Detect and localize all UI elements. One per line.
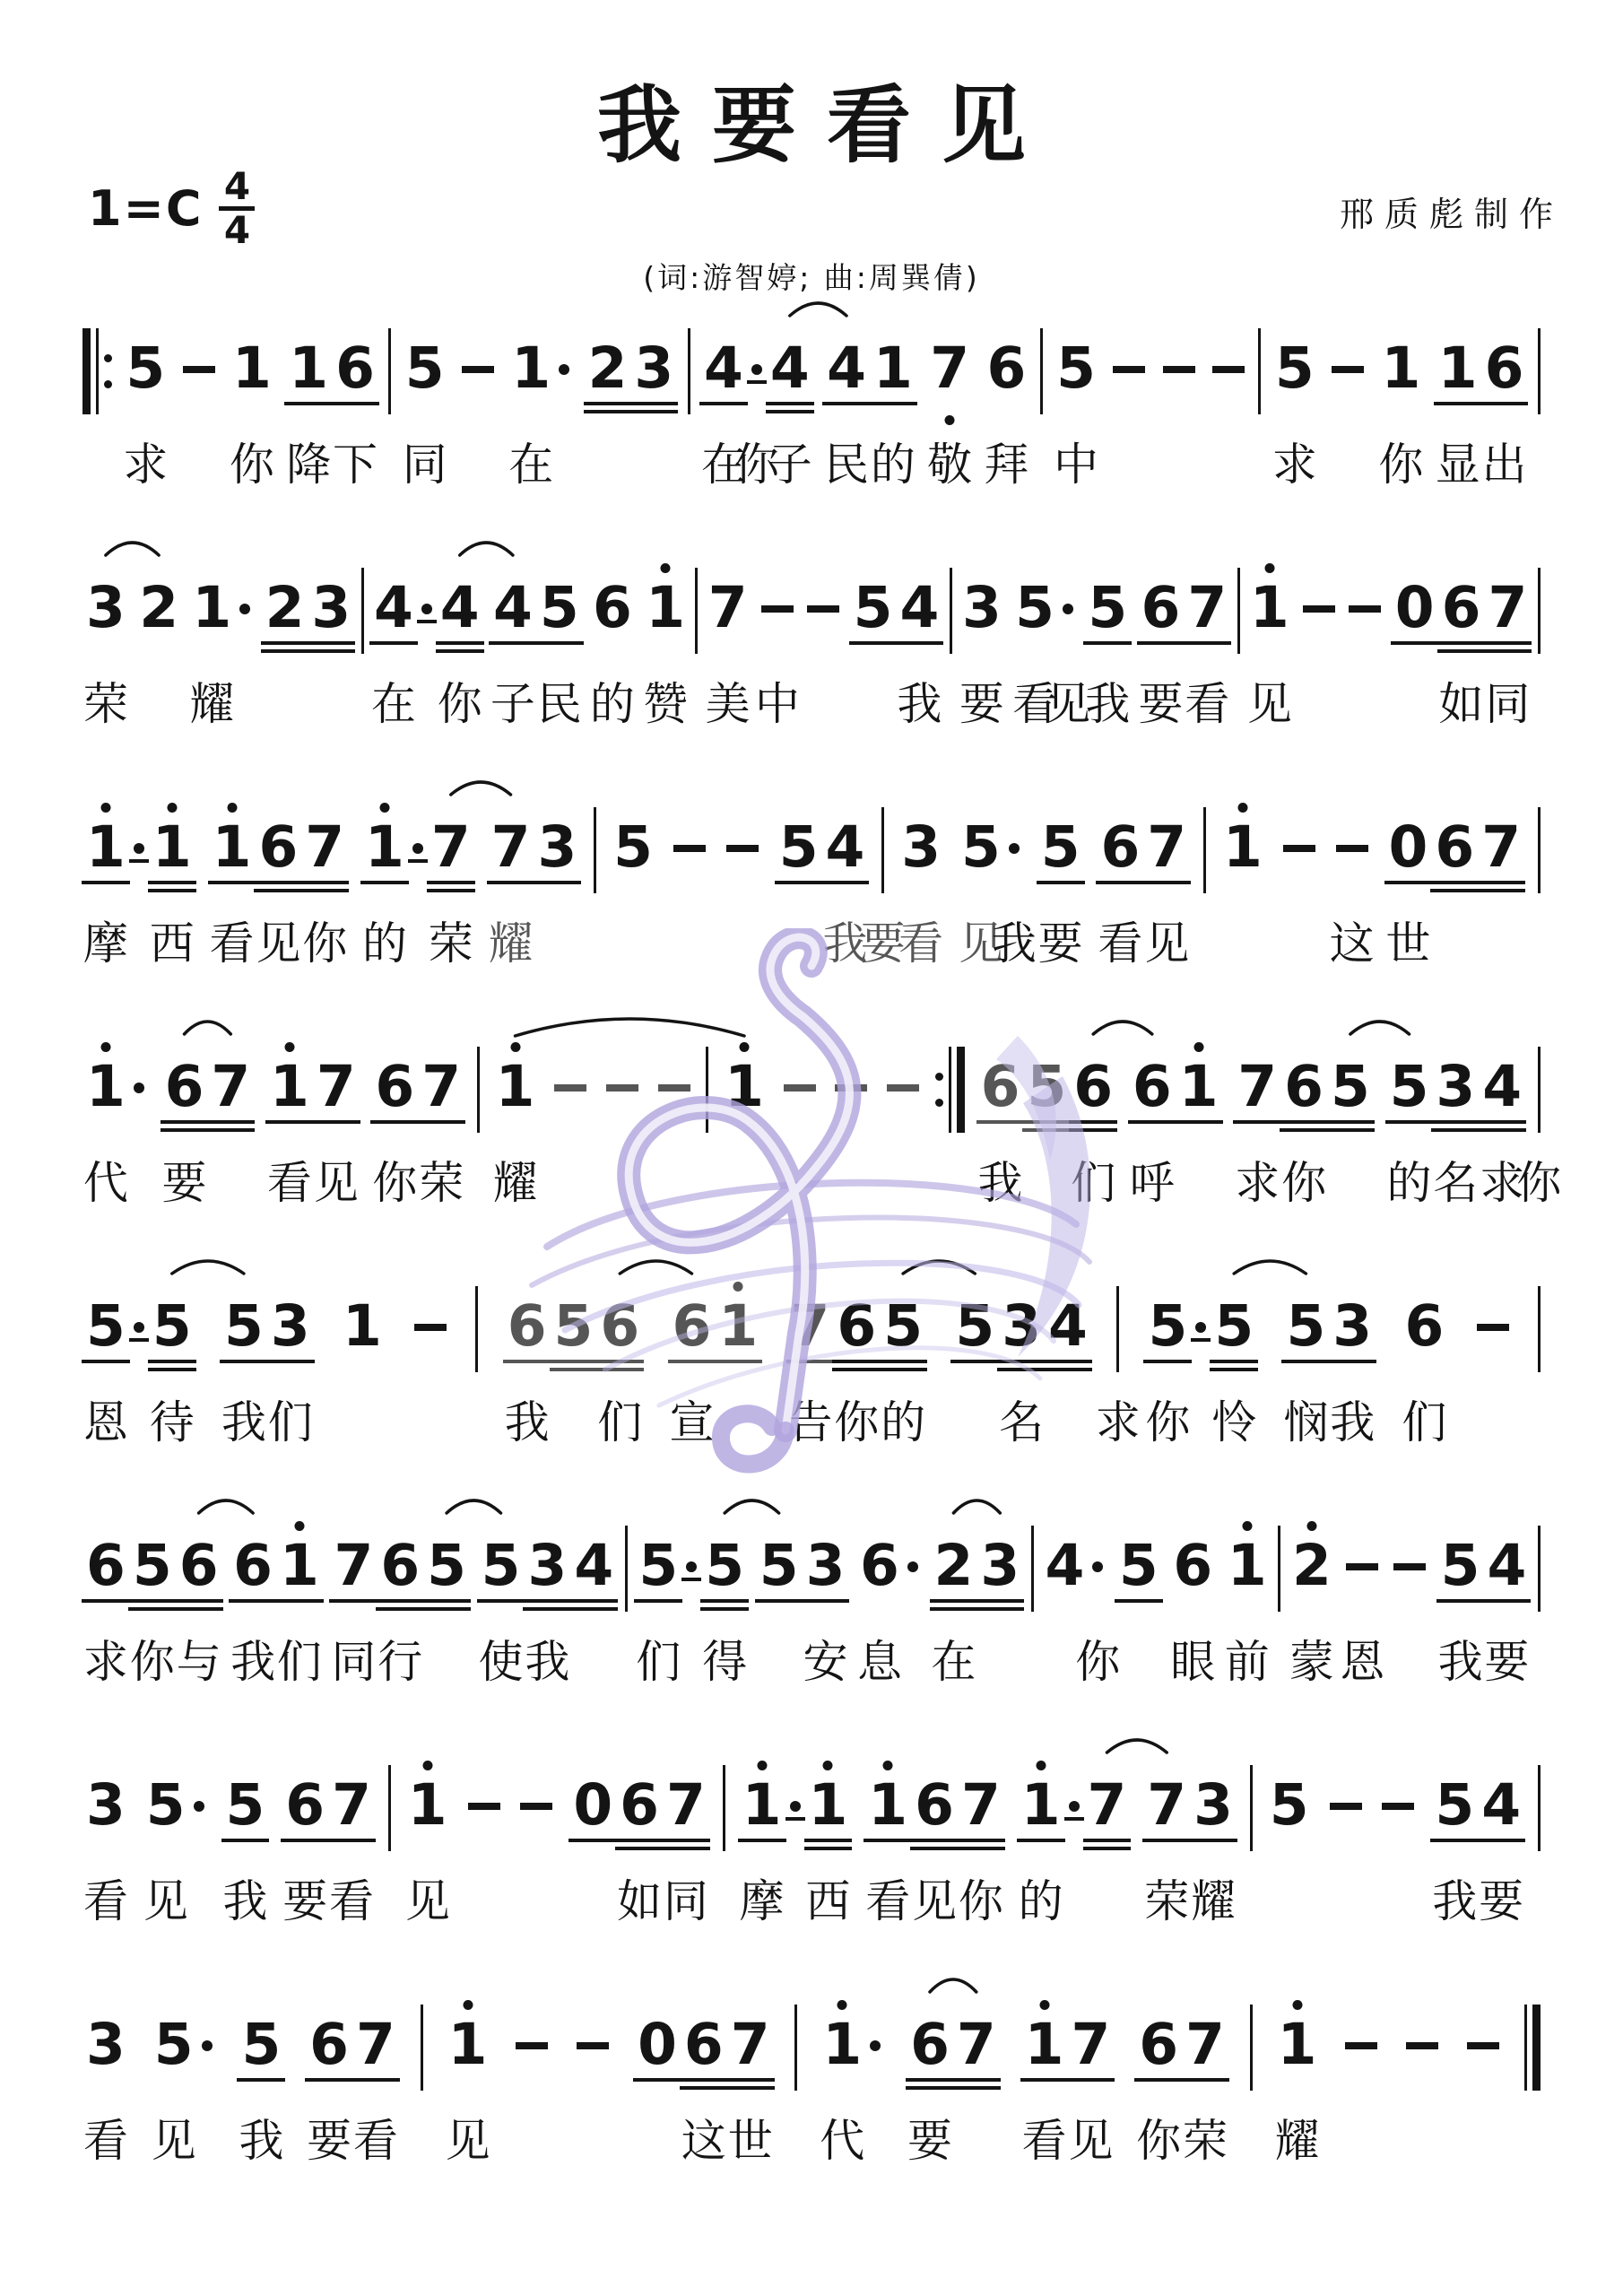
beat-group: 44 <box>370 579 483 636</box>
lyric-syllable: 见 <box>912 1865 957 1930</box>
barline <box>1116 1286 1119 1354</box>
lyric-syllable: 宣 <box>670 1387 715 1451</box>
beat-group <box>464 1803 504 1833</box>
beat-group <box>780 1084 820 1115</box>
lyric-syllable: 们 <box>1402 1387 1446 1451</box>
note-number: 3 <box>634 340 673 396</box>
beat-group: 5 <box>122 340 169 396</box>
note-number: 6 <box>380 1537 420 1594</box>
lyric-syllable: 看 <box>1185 668 1229 733</box>
note-number: 5 <box>224 1298 264 1354</box>
note-number: 7 <box>421 1058 461 1115</box>
eighth-underline <box>662 1839 710 1842</box>
beat-group <box>1463 2042 1503 2073</box>
lyric-syllable: 这 <box>1330 908 1375 972</box>
beat-group: 067 <box>1392 579 1532 636</box>
eighth-underline <box>221 1839 270 1842</box>
sixteenth-underline <box>804 1847 853 1850</box>
note-number: 1 <box>289 340 328 396</box>
beat-group: 1 <box>445 2016 491 2073</box>
eighth-underline <box>1020 2078 1069 2082</box>
note-number: 5 <box>854 579 893 636</box>
eighth-underline <box>615 1839 664 1842</box>
lyric-syllable: 你 <box>372 1147 417 1212</box>
eighth-underline <box>1183 641 1231 645</box>
eighth-underline <box>360 881 409 884</box>
tie-arc <box>451 782 511 795</box>
score-line: 355671067111671773554看见我要看见如同摩西看见你的荣耀我要 <box>82 1770 1541 1963</box>
eighth-underline <box>284 402 333 405</box>
tie-arc <box>106 543 159 555</box>
lyric-syllable: 看 <box>210 908 255 972</box>
note-number: 6 <box>1173 1537 1212 1594</box>
note-number: 7 <box>491 819 531 875</box>
eighth-underline <box>1142 881 1191 884</box>
beat-group: 067 <box>634 2016 774 2073</box>
sixteenth-underline <box>662 1847 710 1850</box>
note-number: 2 <box>139 579 178 636</box>
note-number: 1 <box>1228 1537 1267 1594</box>
note-number: 4 <box>440 579 480 636</box>
beat-group: 1 <box>1219 819 1266 875</box>
beat-group <box>723 845 762 875</box>
dash-extension <box>1345 2042 1377 2049</box>
lyric-syllable: 你 <box>959 1865 1003 1930</box>
note-number: 5 <box>1435 1777 1474 1833</box>
note-number: 5 <box>705 1537 744 1594</box>
lyric-syllable: 见 <box>1046 668 1090 733</box>
eighth-underline <box>1066 2078 1115 2082</box>
tie-arc <box>903 1261 975 1274</box>
note-number: 3 <box>962 579 1002 636</box>
lyric-syllable: 你 <box>1516 1147 1561 1212</box>
barline <box>594 807 596 875</box>
note-number: 6 <box>86 1537 126 1594</box>
eighth-underline <box>307 641 355 645</box>
barline <box>1040 328 1043 396</box>
augmentation-dot <box>134 1322 144 1333</box>
note-number: 6 <box>508 1298 547 1354</box>
eighth-underline <box>370 1120 419 1124</box>
lyric-syllable: 你 <box>302 908 347 972</box>
lyric-syllable: 见 <box>1068 2105 1113 2170</box>
lyric-syllable: 见 <box>256 908 300 972</box>
beat-group: 23 <box>585 340 678 396</box>
note-number: 5 <box>427 1537 466 1594</box>
eighth-underline <box>1434 402 1482 405</box>
notes-row: 6566176553455536234561254 <box>82 1531 1541 1594</box>
barline <box>625 1526 628 1594</box>
lyric-syllable: 见 <box>143 1865 188 1930</box>
dash-extension <box>554 1084 586 1091</box>
lyric-syllable: 告 <box>787 1387 832 1451</box>
eighth-underline <box>755 1599 803 1603</box>
note-number: 6 <box>165 1058 204 1115</box>
eighth-underline <box>1044 1360 1092 1363</box>
note-number: 5 <box>482 1537 521 1594</box>
sixteenth-underline <box>584 410 632 413</box>
note-number: 4 <box>1488 1537 1527 1594</box>
lyric-syllable: 行 <box>378 1626 422 1691</box>
dash-extension <box>1477 1324 1509 1331</box>
eighth-underline <box>584 402 632 405</box>
beat-group: 53 <box>221 1298 314 1354</box>
lyric-syllable: 你 <box>130 1626 175 1691</box>
beat-group: 54 <box>850 579 943 636</box>
note-number: 5 <box>1275 340 1315 396</box>
beat-group: 1 <box>1246 579 1293 636</box>
lyric-syllable: 荣 <box>429 908 473 972</box>
lyric-syllable: 蒙 <box>1289 1626 1334 1691</box>
eighth-underline <box>261 641 309 645</box>
slur-tie-arcs <box>82 1239 1541 1291</box>
beat-group: 7 <box>926 340 973 396</box>
note-number: 7 <box>1147 1777 1186 1833</box>
eighth-underline <box>699 402 748 405</box>
eighth-underline <box>832 1360 881 1363</box>
lyric-syllable: 眼 <box>1170 1626 1215 1691</box>
lyric-syllable: 中 <box>1054 429 1098 493</box>
eighth-underline <box>550 1360 598 1363</box>
beat-group <box>1345 605 1384 636</box>
eighth-underline <box>1064 1817 1084 1821</box>
lyric-syllable: 要 <box>907 2105 952 2170</box>
beat-group: 534 <box>478 1537 618 1594</box>
augmentation-dot <box>202 2040 213 2051</box>
lyric-syllable: 世 <box>1385 908 1430 972</box>
beat-group <box>883 1084 923 1115</box>
lyric-syllable: 耀 <box>189 668 234 733</box>
note-number: 7 <box>957 2016 996 2073</box>
lyric-syllable: 要 <box>959 668 1004 733</box>
note-number: 6 <box>1435 819 1474 875</box>
eighth-underline <box>879 1360 927 1363</box>
note-number: 4 <box>1045 1537 1084 1594</box>
augmentation-dot <box>412 843 423 854</box>
eighth-underline <box>129 859 149 863</box>
beat-group: 1 <box>819 2016 885 2073</box>
beat-group: 67 <box>161 1058 255 1115</box>
augmentation-dot <box>1069 1801 1080 1812</box>
beat-group: 6 <box>1401 1298 1447 1354</box>
eighth-underline <box>1137 641 1185 645</box>
eighth-underline <box>1191 1338 1211 1342</box>
note-number: 7 <box>1488 579 1527 636</box>
beat-group <box>179 366 219 396</box>
beat-group <box>670 845 709 875</box>
beat-group <box>1299 605 1339 636</box>
note-number: 6 <box>258 819 298 875</box>
note-number: 6 <box>233 1537 273 1594</box>
note-number: 1 <box>718 1298 758 1354</box>
eighth-underline <box>275 1599 324 1603</box>
lyric-syllable: 使 <box>479 1626 524 1691</box>
eighth-underline <box>265 1120 314 1124</box>
beat-group: 67 <box>306 2016 399 2073</box>
repeat-begin-barline <box>82 328 112 396</box>
lyric-syllable: 的 <box>881 1387 925 1451</box>
lyric-syllable: 你 <box>230 429 274 493</box>
lyric-syllable: 中 <box>755 668 800 733</box>
sixteenth-underline <box>1044 1368 1092 1371</box>
eighth-underline <box>633 2078 681 2082</box>
note-number: 5 <box>152 1298 192 1354</box>
notes-row: 5116512344417655116 <box>82 334 1541 396</box>
sixteenth-underline <box>1477 889 1525 892</box>
eighth-underline <box>1083 641 1132 645</box>
beat-group: 6 <box>589 579 636 636</box>
note-number: 3 <box>901 819 941 875</box>
lyric-syllable: 荣 <box>419 1147 464 1212</box>
repeat-end-barline <box>935 1047 965 1115</box>
beat-group: 2 <box>1289 1537 1335 1594</box>
beat-group: 61 <box>1129 1058 1222 1115</box>
beat-group <box>1159 366 1199 396</box>
slur-tie-arcs <box>82 1718 1541 1770</box>
lyric-syllable: 我 <box>230 1626 275 1691</box>
barline <box>950 568 952 636</box>
note-number: 5 <box>1441 1537 1480 1594</box>
dash-extension <box>726 845 759 852</box>
eighth-underline <box>1017 1839 1065 1842</box>
sixteenth-underline <box>422 1607 471 1611</box>
eighth-underline <box>1326 1120 1375 1124</box>
note-number: 1 <box>232 340 272 396</box>
sixteenth-underline <box>1022 1128 1071 1132</box>
note-number: 1 <box>213 819 252 875</box>
dash-extension <box>1212 366 1245 373</box>
lyric-syllable: 子 <box>768 429 812 493</box>
dash-extension <box>807 605 839 613</box>
lyric-syllable: 们 <box>597 1387 642 1451</box>
eighth-underline <box>331 402 379 405</box>
lyric-syllable: 悯 <box>1283 1387 1328 1451</box>
lyric-syllable: 在 <box>931 1626 976 1691</box>
notes-row: 16717671165661765534 <box>82 1052 1541 1115</box>
beat-group: 5 <box>1011 579 1078 636</box>
note-number: 1 <box>1438 340 1478 396</box>
eighth-underline <box>950 1360 999 1363</box>
lyric-syllable: 看 <box>83 1865 128 1930</box>
sixteenth-underline <box>1069 1128 1117 1132</box>
beat-group: 4 <box>1041 1537 1107 1594</box>
lyric-syllable: 名 <box>999 1387 1044 1451</box>
eighth-underline <box>629 402 678 405</box>
lyric-syllable: 怜 <box>1211 1387 1256 1451</box>
dash-extension <box>1346 1563 1378 1570</box>
sixteenth-underline <box>1210 1368 1258 1371</box>
lyric-syllable: 看 <box>1022 2105 1067 2170</box>
eighth-underline <box>976 1599 1024 1603</box>
eighth-underline <box>786 1360 835 1363</box>
beat-group: 44 <box>700 340 813 396</box>
beat-group: 765 <box>330 1537 470 1594</box>
barline <box>1538 328 1541 396</box>
beat-group <box>1332 845 1372 875</box>
note-number: 7 <box>708 579 748 636</box>
eighth-underline <box>489 641 537 645</box>
sixteenth-underline <box>436 649 484 653</box>
note-number: 7 <box>930 340 969 396</box>
note-number: 7 <box>356 2016 395 2073</box>
lyric-syllable: 要 <box>162 1147 207 1212</box>
note-number: 1 <box>496 1058 535 1115</box>
note-number: 7 <box>1147 819 1186 875</box>
beat-group: 3 <box>82 579 129 636</box>
beat-group: 5 <box>402 340 448 396</box>
beat-group: 1 <box>229 340 275 396</box>
dash-extension <box>520 1803 552 1810</box>
lyric-syllable: 我 <box>1085 668 1130 733</box>
lyric-syllable: 看 <box>353 2105 398 2170</box>
note-number: 6 <box>1133 1058 1172 1115</box>
beat-group: 656 <box>977 1058 1117 1115</box>
sixteenth-underline <box>148 889 196 892</box>
eighth-underline <box>747 380 767 384</box>
beat-group: 067 <box>1385 819 1525 875</box>
beat-group: 1 <box>82 1058 149 1115</box>
dash-extension <box>414 1324 447 1331</box>
lyric-syllable: 出 <box>1482 429 1527 493</box>
dash-extension <box>606 1084 638 1091</box>
note-number: 7 <box>211 1058 250 1115</box>
sixteenth-underline <box>976 1607 1024 1611</box>
note-number: 1 <box>343 1298 382 1354</box>
eighth-underline <box>1083 1839 1132 1842</box>
note-number: 5 <box>1088 579 1127 636</box>
eighth-underline <box>1391 641 1439 645</box>
beat-group <box>1326 1803 1366 1833</box>
dash-extension <box>835 1084 867 1091</box>
sixteenth-underline <box>523 1607 571 1611</box>
eighth-underline <box>1483 1599 1532 1603</box>
beat-group <box>603 1084 642 1115</box>
dash-extension <box>183 366 215 373</box>
note-number: 1 <box>86 1058 126 1115</box>
eighth-underline <box>487 881 535 884</box>
note-number: 2 <box>588 340 628 396</box>
dash-extension <box>468 1803 500 1810</box>
beat-group <box>1328 366 1367 396</box>
beat-group: 61 <box>669 1298 762 1354</box>
lyric-syllable: 显 <box>1436 429 1480 493</box>
note-number: 3 <box>1193 1777 1233 1833</box>
beat-group: 16 <box>285 340 378 396</box>
score-line: 5116512344417655116求你降下同在在你子民的敬拜中求你显出 <box>82 334 1541 526</box>
eighth-underline <box>1480 402 1529 405</box>
augmentation-dot <box>1009 843 1020 854</box>
barline <box>723 1765 725 1833</box>
eighth-underline <box>535 641 584 645</box>
score-line: 16717671165661765534代要看见你荣耀我们呼求你的名求你 <box>82 1052 1541 1245</box>
sixteenth-underline <box>957 1847 1005 1850</box>
note-number: 5 <box>126 340 165 396</box>
note-number: 0 <box>573 1777 612 1833</box>
beat-group: 5 <box>151 2016 217 2073</box>
note-number: 5 <box>86 1298 126 1354</box>
lyric-syllable: 我 <box>897 668 942 733</box>
eighth-underline <box>952 2078 1001 2082</box>
lyric-syllable: 西 <box>805 1865 850 1930</box>
note-number: 1 <box>448 2016 488 2073</box>
tie-arc <box>930 1979 976 1992</box>
lyric-syllable: 与 <box>177 1626 221 1691</box>
eighth-underline <box>568 1839 617 1842</box>
lyric-syllable: 安 <box>803 1626 848 1691</box>
lyric-syllable: 的 <box>362 908 407 972</box>
lyric-syllable: 耀 <box>489 908 534 972</box>
eighth-underline <box>206 1120 255 1124</box>
eighth-underline <box>1478 1120 1526 1124</box>
beat-group: 2 <box>135 579 182 636</box>
beat-group: 6 <box>856 1537 923 1594</box>
score-line: 6566176553455536234561254求你与我们同行使我们得安息在你… <box>82 1531 1541 1724</box>
beat-group: 1 <box>404 1777 451 1833</box>
note-number: 5 <box>554 1298 594 1354</box>
barline <box>388 328 391 396</box>
eighth-underline <box>700 1599 749 1603</box>
beat-group <box>516 1803 556 1833</box>
eighth-underline <box>266 1360 315 1363</box>
note-number: 1 <box>192 579 231 636</box>
lyric-syllable: 我 <box>239 2105 283 2170</box>
sixteenth-underline <box>930 1607 978 1611</box>
eighth-underline <box>910 1839 959 1842</box>
beat-group: 73 <box>1143 1777 1237 1833</box>
lyric-syllable: 荣 <box>83 668 128 733</box>
lyric-syllable: 敬 <box>927 429 972 493</box>
dash-extension <box>577 2042 609 2049</box>
lyric-syllable: 我 <box>221 1387 266 1451</box>
beat-group: 656 <box>504 1298 644 1354</box>
lyric-syllable: 见 <box>152 2105 196 2170</box>
barline <box>1538 1765 1541 1833</box>
eighth-underline <box>930 1599 978 1603</box>
note-number: 7 <box>961 1777 1001 1833</box>
note-number: 6 <box>375 1058 414 1115</box>
beat-group: 61 <box>230 1537 323 1594</box>
augmentation-dot <box>870 2040 881 2051</box>
note-number: 1 <box>152 819 192 875</box>
dash-extension <box>658 1084 690 1091</box>
dash-extension <box>516 2042 548 2049</box>
note-number: 6 <box>860 1537 899 1594</box>
eighth-underline <box>726 2078 775 2082</box>
note-number: 7 <box>1185 2016 1225 2073</box>
tie-arc <box>953 1500 1000 1513</box>
lyric-syllable: 子 <box>490 668 535 733</box>
tie-arc <box>790 303 846 316</box>
sixteenth-underline <box>148 1368 196 1371</box>
note-number: 1 <box>408 1777 447 1833</box>
note-number: 6 <box>981 1058 1020 1115</box>
note-number: 5 <box>1390 1058 1429 1115</box>
beat-group: 1 <box>1224 1537 1271 1594</box>
tie-arc <box>447 1500 500 1513</box>
eighth-underline <box>680 2078 728 2082</box>
beat-group: 7 <box>705 579 751 636</box>
beat-group: 6 <box>1169 1537 1216 1594</box>
eighth-underline <box>352 2078 400 2082</box>
notes-row: 111671773554355671067 <box>82 813 1541 875</box>
note-number: 7 <box>1187 579 1227 636</box>
lyric-syllable: 看 <box>898 908 943 972</box>
lyric-syllable: 呼 <box>1130 1147 1175 1212</box>
note-number: 3 <box>86 579 126 636</box>
beat-group <box>803 605 843 636</box>
eighth-underline <box>1233 1120 1281 1124</box>
lyric-syllable: 看 <box>865 1865 910 1930</box>
